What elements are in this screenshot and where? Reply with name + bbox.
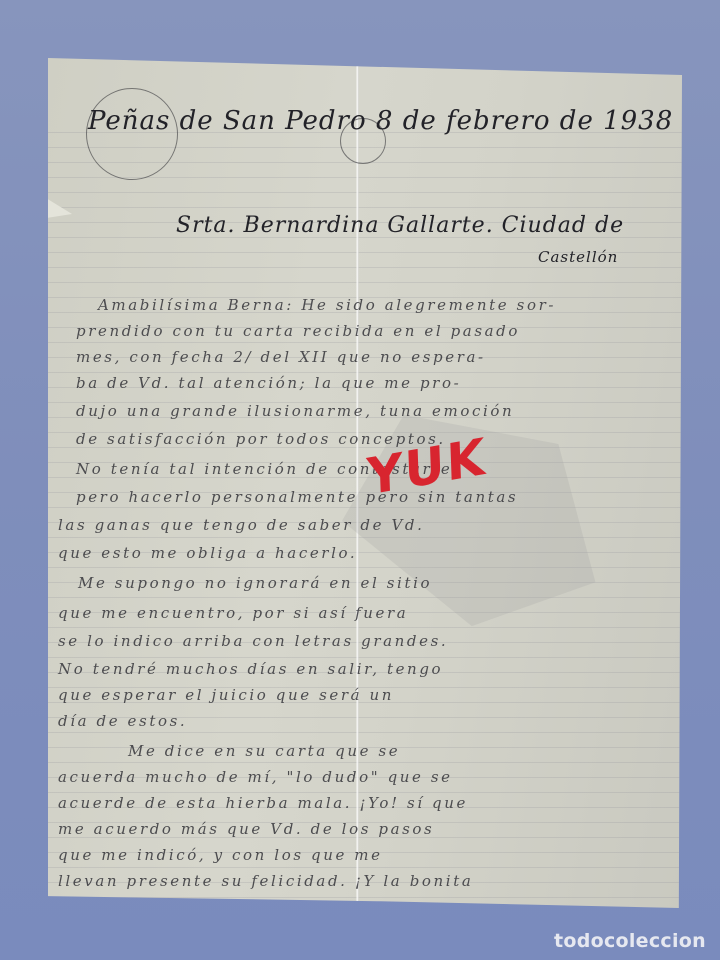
body-line: dujo una grande ilusionarme, tuna emoció… <box>76 402 682 420</box>
folded-corner <box>46 198 72 218</box>
body-line: Me supongo no ignorará en el sitio <box>78 574 682 592</box>
body-line: las ganas que tengo de saber de Vd. <box>58 516 682 534</box>
body-line: se lo indico arriba con letras grandes. <box>58 632 682 650</box>
body-line: prendido con tu carta recibida en el pas… <box>76 322 682 340</box>
body-line: que esto me obliga a hacerlo. <box>58 544 682 562</box>
body-line: Me dice en su carta que se <box>128 742 682 760</box>
body-line: que esperar el juicio que será un <box>58 686 682 704</box>
body-line: acuerda mucho de mí, "lo dudo" que se <box>58 768 682 786</box>
addressee: Srta. Bernardina Gallarte. Ciudad de <box>176 213 624 238</box>
body-line: acuerde de esta hierba mala. ¡Yo! sí que <box>58 794 682 812</box>
addressee-city: Castellón <box>538 248 618 266</box>
body-line: que me encuentro, por si así fuera <box>58 604 682 622</box>
body-line: llevan presente su felicidad. ¡Y la boni… <box>58 872 682 890</box>
body-line: día de estos. <box>58 712 682 730</box>
body-line: Amabilísima Berna: He sido alegremente s… <box>98 296 682 314</box>
body-line: mes, con fecha 2/ del XII que no espera- <box>76 348 682 366</box>
body-line: ba de Vd. tal atención; la que me pro- <box>76 374 682 392</box>
body-line: me acuerdo más que Vd. de los pasos <box>58 820 682 838</box>
body-line: No tendré muchos días en salir, tengo <box>58 660 682 678</box>
watermark-logo: todocoleccion <box>554 930 706 952</box>
letter-paper: Peñas de San Pedro 8 de febrero de 1938 … <box>48 58 682 908</box>
dateline: Peñas de San Pedro 8 de febrero de 1938 <box>88 106 673 136</box>
body-line: que me indicó, y con los que me <box>58 846 682 864</box>
